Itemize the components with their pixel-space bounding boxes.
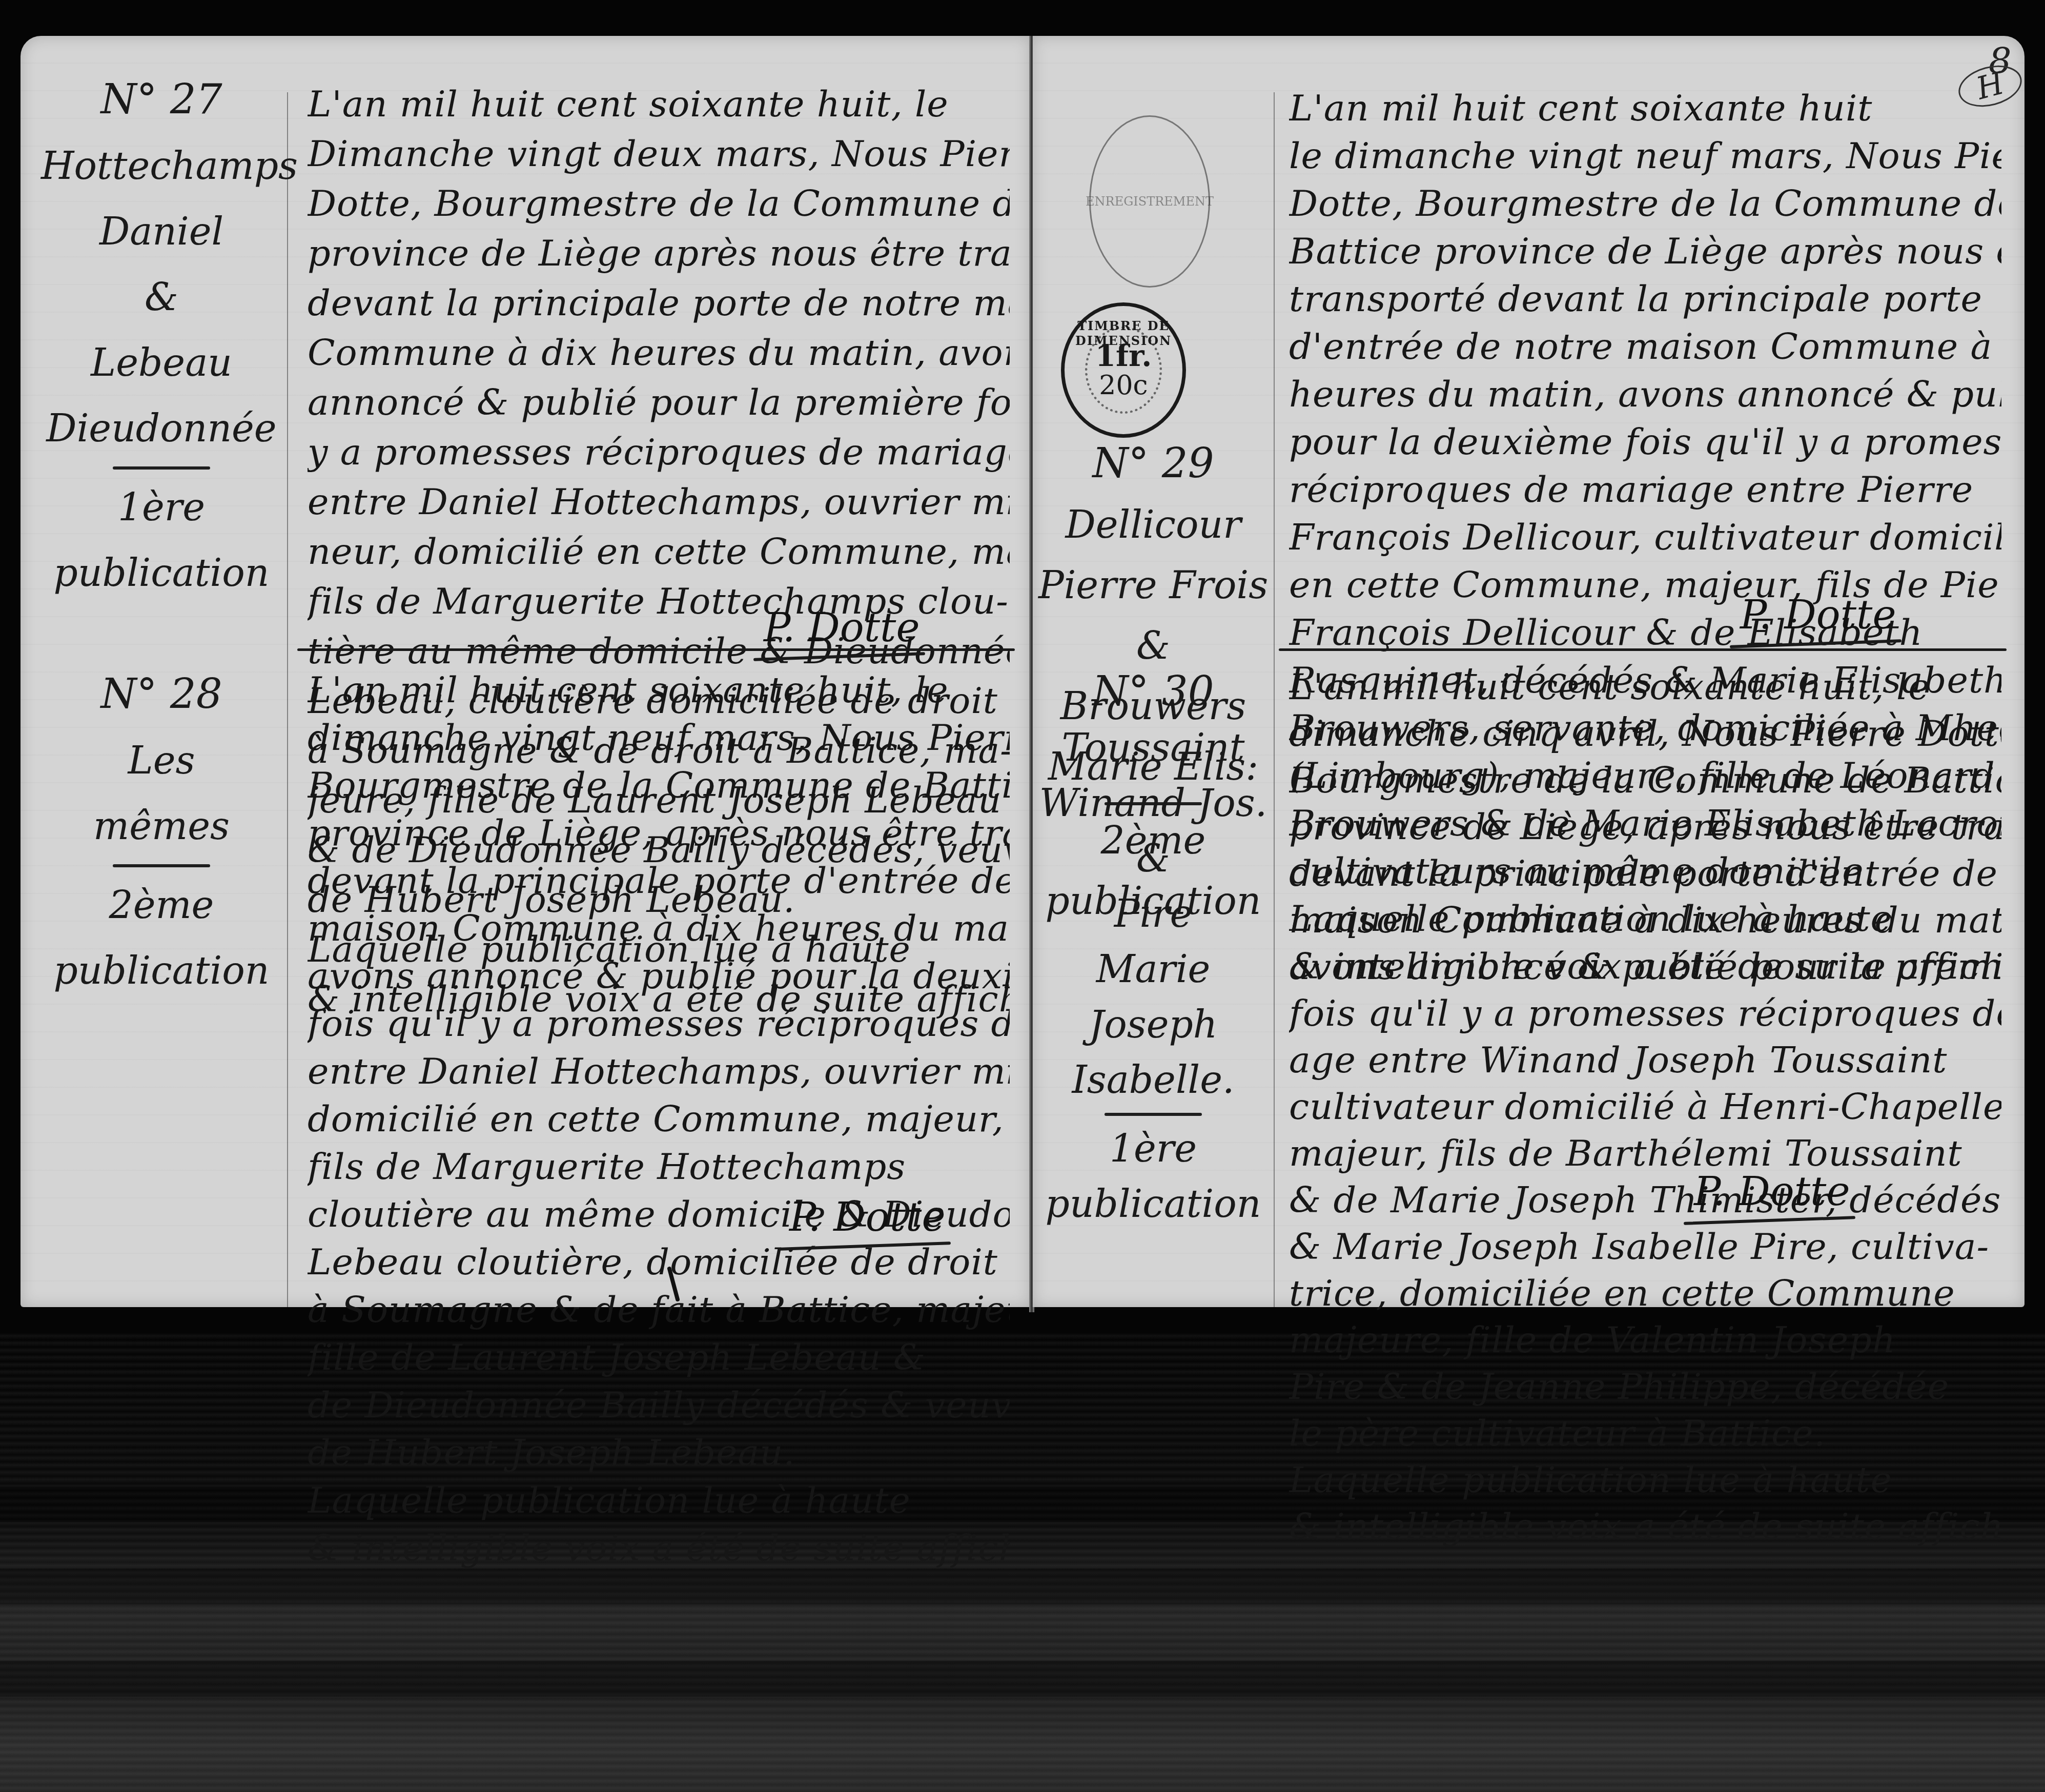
text-line: & intelligible voix a été de suite affic… bbox=[1289, 1503, 2001, 1550]
text-line: age entre Winand Joseph Toussaint bbox=[1289, 1037, 2001, 1084]
text-line: heures du matin, avons annoncé & publié bbox=[1289, 371, 2001, 418]
text-line: Dotte, Bourgmestre de la Commune de Batt… bbox=[308, 179, 1010, 229]
text-line: transporté devant la principale porte bbox=[1289, 275, 2001, 323]
ampersand: & bbox=[1136, 624, 1170, 668]
text-line: devant la principale porte d'entrée de n… bbox=[308, 857, 1010, 905]
text-line: entre Daniel Hottechamps, ouvrier mineur bbox=[308, 1048, 1010, 1095]
groom-surname: Hottechamps bbox=[41, 144, 298, 188]
register-book: N° 27 Hottechamps Daniel & Lebeau Dieudo… bbox=[21, 36, 2027, 1315]
text-line: avons annoncé & publié pour la première bbox=[1289, 944, 2001, 990]
groom-firstname: Daniel bbox=[99, 210, 223, 254]
bride-firstname-2: Isabelle. bbox=[1072, 1058, 1234, 1102]
bride-surname: Lebeau bbox=[91, 341, 232, 385]
text-line: de Dieudonnée Bailly décédés & veuve bbox=[308, 1381, 1010, 1429]
entry-separator bbox=[1279, 648, 2007, 651]
margin-rule bbox=[1274, 92, 1275, 1307]
text-line: y a promesses réciproques de mariage bbox=[308, 427, 1010, 477]
text-line: d'entrée de notre maison Commune à dix bbox=[1289, 323, 2001, 371]
bride-surname: Pire bbox=[1114, 892, 1193, 936]
text-line: dimanche cinq avril, Nous Pierre Dotte, bbox=[1289, 710, 2001, 757]
groom-firstname: Winand Jos. bbox=[1039, 781, 1267, 825]
swash-divider bbox=[113, 864, 210, 867]
entry-number: N° 27 bbox=[100, 75, 222, 123]
entry-separator bbox=[297, 648, 1015, 651]
text-line: Commune à dix heures du matin, avons bbox=[308, 328, 1010, 378]
entry-29-signature: P. Dotte bbox=[1740, 592, 1896, 638]
stamp-ring-text: TIMBRE DE DIMENSION bbox=[1065, 318, 1182, 348]
text-line: province de Liège après nous être transp… bbox=[308, 229, 1010, 278]
text-line: neur, domicilié en cette Commune, majeur bbox=[308, 527, 1010, 577]
text-line: majeur, fils de Barthélemi Toussaint bbox=[1289, 1130, 2001, 1177]
text-line: cultivateur domicilié à Henri-Chapelle bbox=[1289, 1084, 2001, 1130]
text-line: dimanche vingt neuf mars, Nous Pierre Do… bbox=[308, 714, 1010, 762]
entry-number: N° 28 bbox=[100, 670, 222, 718]
bride-firstname: Marie Joseph bbox=[1089, 947, 1217, 1047]
text-line: devant la principale porte d'entrée de n… bbox=[1289, 850, 2001, 897]
text-line: maison Commune à dix heures du matin, bbox=[1289, 897, 2001, 944]
text-line: L'an mil huit cent soixante huit, le bbox=[308, 666, 1010, 714]
text-line: L'an mil huit cent soixante huit, le bbox=[1289, 664, 2001, 710]
entry-30-text: L'an mil huit cent soixante huit, le dim… bbox=[1289, 664, 2001, 1550]
text-line: province de Liège, après nous être trans… bbox=[308, 809, 1010, 857]
entry-28-margin: N° 28 Les mêmes 2ème publication bbox=[41, 661, 282, 1004]
left-page: N° 27 Hottechamps Daniel & Lebeau Dieudo… bbox=[21, 36, 1030, 1307]
ampersand: & bbox=[145, 275, 178, 319]
swash-divider bbox=[113, 466, 210, 470]
groom-firstname: Pierre Frois bbox=[1038, 563, 1268, 607]
text-line: Laquelle publication lue à haute bbox=[308, 1477, 1010, 1524]
entry-28-text: L'an mil huit cent soixante huit, le dim… bbox=[308, 666, 1010, 1572]
text-line: L'an mil huit cent soixante huit bbox=[1289, 85, 2001, 132]
text-line: domicilié en cette Commune, majeur, bbox=[308, 1095, 1010, 1143]
text-line: & intelligible voix a été de suite affic… bbox=[308, 1524, 1010, 1572]
text-line: trice, domiciliée en cette Commune bbox=[1289, 1270, 2001, 1317]
entry-number: N° 29 bbox=[1092, 439, 1214, 487]
registration-seal-stamp: ENREGISTREMENT bbox=[1089, 115, 1210, 288]
entry-30-signature: P. Dotte bbox=[1694, 1169, 1850, 1215]
text-line: Laquelle publication lue à haute bbox=[1289, 1457, 2001, 1503]
scan-streak bbox=[0, 1661, 2045, 1697]
text-line: fille de Laurent Joseph Lebeau & bbox=[308, 1334, 1010, 1381]
text-line: pour la deuxième fois qu'il y a promesse… bbox=[1289, 418, 2001, 466]
text-line: maison Commune à dix heures du matin, bbox=[308, 905, 1010, 952]
text-line: avons annoncé & publié pour la deuxième bbox=[308, 952, 1010, 1000]
text-line: Bourgmestre de la Commune de Battice bbox=[308, 762, 1010, 809]
text-line: & Marie Joseph Isabelle Pire, cultiva- bbox=[1289, 1224, 2001, 1270]
entry-27-margin: N° 27 Hottechamps Daniel & Lebeau Dieudo… bbox=[41, 67, 282, 606]
text-line: réciproques de mariage entre Pierre bbox=[1289, 466, 2001, 514]
scan-streak bbox=[0, 1569, 2045, 1604]
text-line: Bourgmestre de la Commune de Battice bbox=[1289, 757, 2001, 804]
margin-rule bbox=[287, 92, 288, 1307]
text-line: Dotte, Bourgmestre de la Commune de bbox=[1289, 180, 2001, 228]
right-page: 8 H ENREGISTREMENT TIMBRE DE DIMENSION 1… bbox=[1033, 36, 2024, 1307]
publication-label: 2ème publication bbox=[41, 872, 282, 1004]
publication-label: 1ère publication bbox=[41, 475, 282, 606]
revenue-stamp: TIMBRE DE DIMENSION 1fr. 20c bbox=[1061, 302, 1186, 438]
entry-27-signature: P. Dotte bbox=[764, 605, 920, 651]
text-line: fils de Marguerite Hottechamps bbox=[308, 1143, 1010, 1191]
names-line: Les bbox=[128, 739, 195, 783]
text-line: devant la principale porte de notre mais… bbox=[308, 278, 1010, 328]
text-line: L'an mil huit cent soixante huit, le bbox=[308, 79, 1010, 129]
publication-label: 1ère publication bbox=[1038, 1121, 1269, 1232]
text-line: de Hubert Joseph Lebeau. bbox=[308, 1429, 1010, 1477]
names-line: mêmes bbox=[93, 804, 230, 848]
entry-28-signature: P. Dotte bbox=[789, 1194, 946, 1240]
text-line: & de Marie Joseph Thimister, décédés bbox=[1289, 1177, 2001, 1224]
swash-divider bbox=[1105, 1113, 1202, 1116]
text-line: Pire & de Jeanne Philippe, décédée bbox=[1289, 1363, 2001, 1410]
text-line: le père cultivateur à Battice. bbox=[1289, 1410, 2001, 1457]
text-line: fois qu'il y a promesses réciproques de … bbox=[308, 1000, 1010, 1048]
text-line: Dimanche vingt deux mars, Nous Pierre bbox=[308, 129, 1010, 179]
bride-firstname: Dieudonnée bbox=[46, 406, 276, 451]
entry-30-margin: N° 30 Toussaint Winand Jos. & Pire Marie… bbox=[1038, 664, 1269, 1232]
text-line: entre Daniel Hottechamps, ouvrier mi- bbox=[308, 477, 1010, 527]
groom-surname: Dellicour bbox=[1065, 503, 1241, 547]
text-line: François Dellicour, cultivateur domicili… bbox=[1289, 514, 2001, 561]
text-line: à Soumagne & de fait à Battice, majeure bbox=[308, 1286, 1010, 1334]
groom-surname: Toussaint bbox=[1062, 726, 1245, 770]
text-line: province de Liège, après nous être trans… bbox=[1289, 804, 2001, 850]
text-line: majeure, fille de Valentin Joseph bbox=[1289, 1317, 2001, 1363]
seal-ring-text: ENREGISTREMENT bbox=[1086, 194, 1214, 209]
ampersand: & bbox=[1136, 837, 1170, 881]
text-line: fois qu'il y a promesses réciproques de … bbox=[1289, 990, 2001, 1037]
entry-number: N° 30 bbox=[1092, 667, 1214, 715]
text-line: annoncé & publié pour la première fois q… bbox=[308, 378, 1010, 427]
text-line: le dimanche vingt neuf mars, Nous Pierre bbox=[1289, 132, 2001, 180]
text-line: Battice province de Liège après nous êtr… bbox=[1289, 228, 2001, 275]
